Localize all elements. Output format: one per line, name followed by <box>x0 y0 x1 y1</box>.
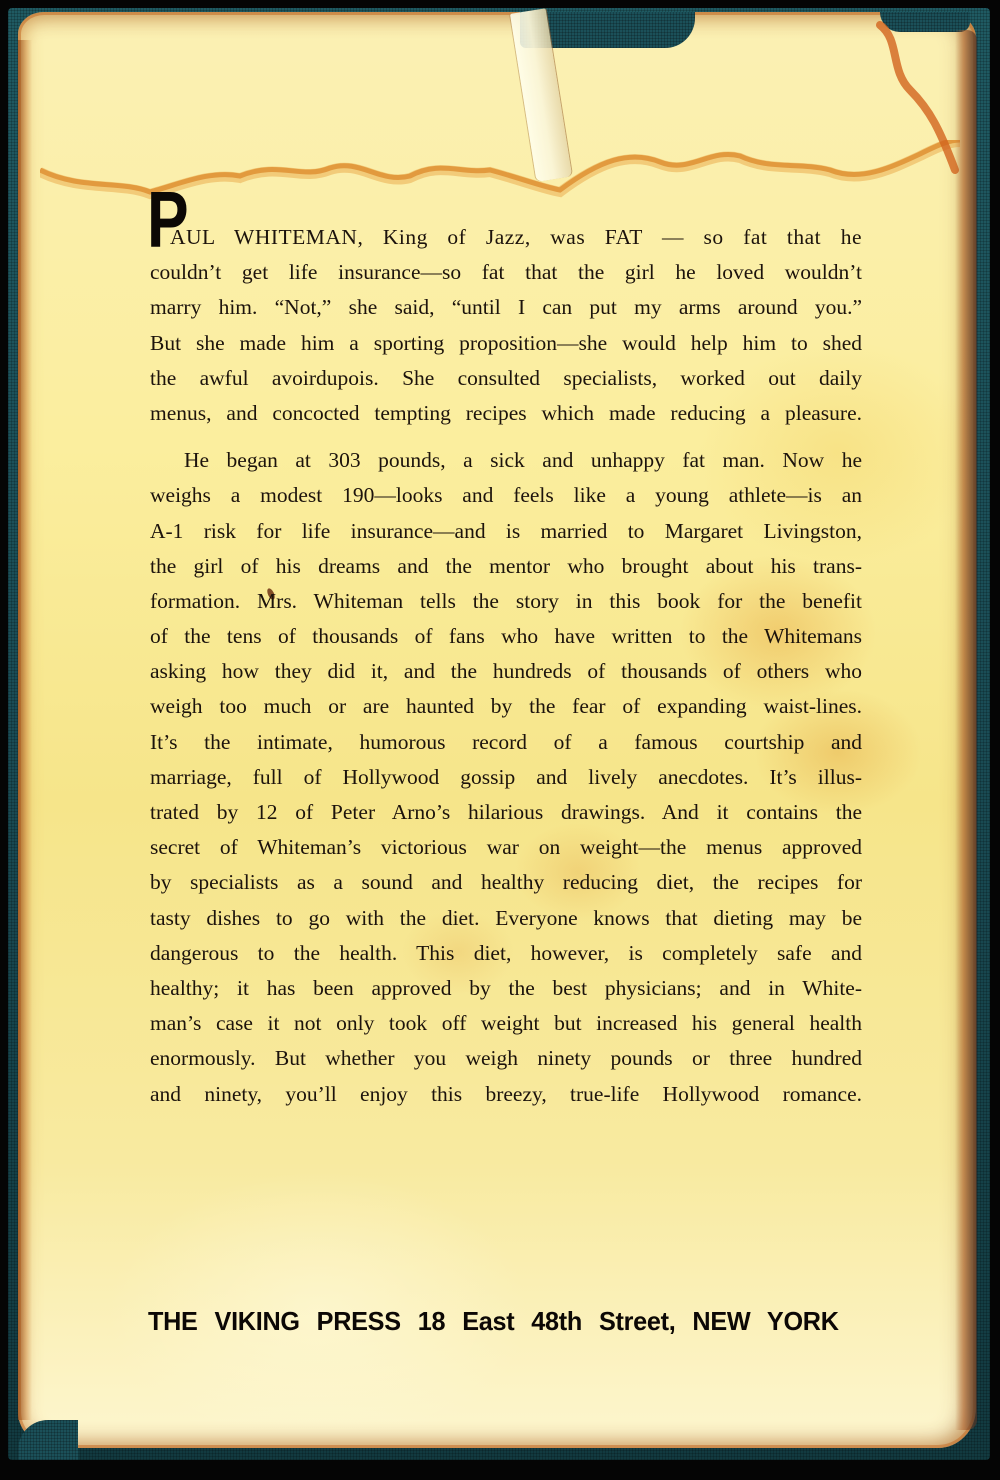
paragraph-2: He began at 303 pounds, a sick and unhap… <box>150 443 862 1112</box>
text-line: dangerous to the health. This diet, howe… <box>150 936 862 971</box>
text-line: man’s case it not only took off weight b… <box>150 1006 862 1041</box>
paragraph-1: P AUL WHITEMAN, King of Jazz, was FAT — … <box>150 220 862 431</box>
text-line: He began at 303 pounds, a sick and unhap… <box>150 443 862 478</box>
publisher-imprint: THE VIKING PRESS 18 East 48th Street, NE… <box>148 1306 839 1337</box>
text-line: secret of Whiteman’s victorious war on w… <box>150 830 862 865</box>
jacket-right-edge <box>955 30 977 1430</box>
text-line: by specialists as a sound and healthy re… <box>150 865 862 900</box>
corner-stain <box>860 20 970 180</box>
text-line: enormously. But whether you weigh ninety… <box>150 1041 862 1076</box>
text-line: It’s the intimate, humorous record of a … <box>150 725 862 760</box>
text-line: and ninety, you’ll enjoy this breezy, tr… <box>150 1077 862 1112</box>
blurb-text: P AUL WHITEMAN, King of Jazz, was FAT — … <box>150 220 862 1112</box>
text-line: the awful avoirdupois. She consulted spe… <box>150 361 862 396</box>
text-line: tasty dishes to go with the diet. Everyo… <box>150 901 862 936</box>
text-line: P AUL WHITEMAN, King of Jazz, was FAT — … <box>150 220 862 255</box>
text-line: the girl of his dreams and the mentor wh… <box>150 549 862 584</box>
text-line: healthy; it has been approved by the bes… <box>150 971 862 1006</box>
text-line: couldn’t get life insurance—so fat that … <box>150 255 862 290</box>
text-line: formation. Mrs. Whiteman tells the story… <box>150 584 862 619</box>
text-line: But she made him a sporting proposition—… <box>150 326 862 361</box>
text-line: weighs a modest 190—looks and feels like… <box>150 478 862 513</box>
book-cover-scan: P AUL WHITEMAN, King of Jazz, was FAT — … <box>0 0 1000 1480</box>
text-line: A-1 risk for life insurance—and is marri… <box>150 514 862 549</box>
text-line: menus, and concocted tempting recipes wh… <box>150 396 862 431</box>
text-line: trated by 12 of Peter Arno’s hilarious d… <box>150 795 862 830</box>
text-line: asking how they did it, and the hundreds… <box>150 654 862 689</box>
text-line: marriage, full of Hollywood gossip and l… <box>150 760 862 795</box>
drop-cap: P <box>147 180 189 260</box>
text-line: marry him. “Not,” she said, “until I can… <box>150 290 862 325</box>
text-line: of the tens of thousands of fans who hav… <box>150 619 862 654</box>
text-line: weigh too much or are haunted by the fea… <box>150 689 862 724</box>
jacket-left-edge <box>18 40 32 1420</box>
